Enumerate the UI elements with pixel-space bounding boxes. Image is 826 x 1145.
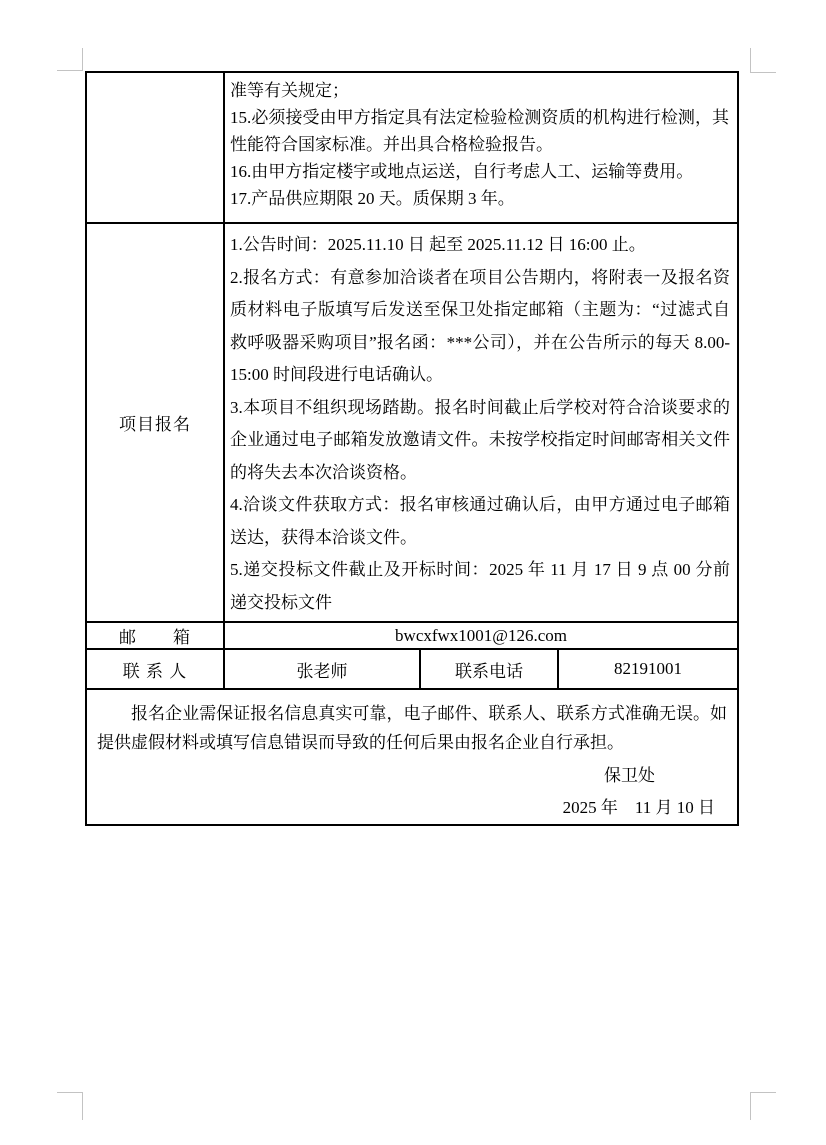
notice-cell: 报名企业需保证报名信息真实可靠，电子邮件、联系人、联系方式准确无误。如提供虚假材… (86, 689, 738, 825)
signup-paragraph: 5.递交投标文件截止及开标时间：2025 年 11 月 17 日 9 点 00 … (230, 554, 730, 619)
signer-text: 保卫处 (97, 760, 727, 792)
contact-person-name: 张老师 (224, 649, 420, 689)
table-row-contact: 联 系 人 张老师 联系电话 82191001 (86, 649, 738, 689)
document-page: 准等有关规定； 15.必须接受由甲方指定具有法定检验检测资质的机构进行检测，其性… (0, 0, 826, 1145)
email-value: bwcxfwx1001@126.com (224, 622, 738, 649)
contact-phone-number: 82191001 (558, 649, 738, 689)
table-row-requirements: 准等有关规定； 15.必须接受由甲方指定具有法定检验检测资质的机构进行检测，其性… (86, 72, 738, 223)
requirements-line: 16.由甲方指定楼宇或地点运送，自行考虑人工、运输等费用。 (230, 158, 729, 185)
requirements-line: 15.必须接受由甲方指定具有法定检验检测资质的机构进行检测，其性能符合国家标准。… (230, 104, 729, 158)
table-row-email: 邮 箱 bwcxfwx1001@126.com (86, 622, 738, 649)
requirements-line: 17.产品供应期限 20 天。质保期 3 年。 (230, 185, 729, 212)
table-row-signup: 项目报名 1.公告时间：2025.11.10 日 起至 2025.11.12 日… (86, 223, 738, 622)
notice-table: 准等有关规定； 15.必须接受由甲方指定具有法定检验检测资质的机构进行检测，其性… (85, 71, 739, 826)
requirements-label-cell (86, 72, 224, 223)
contact-person-label: 联 系 人 (86, 649, 224, 689)
email-label: 邮 箱 (86, 622, 224, 649)
requirements-content-cell: 准等有关规定； 15.必须接受由甲方指定具有法定检验检测资质的机构进行检测，其性… (224, 72, 738, 223)
signup-content-cell: 1.公告时间：2025.11.10 日 起至 2025.11.12 日 16:0… (224, 223, 738, 622)
signup-paragraph: 4.洽谈文件获取方式：报名审核通过确认后，由甲方通过电子邮箱送达，获得本洽谈文件… (230, 489, 730, 554)
requirements-line: 准等有关规定； (230, 77, 729, 104)
signup-paragraph: 3.本项目不组织现场踏勘。报名时间截止后学校对符合洽谈要求的企业通过电子邮箱发放… (230, 392, 730, 490)
table-row-notice: 报名企业需保证报名信息真实可靠，电子邮件、联系人、联系方式准确无误。如提供虚假材… (86, 689, 738, 825)
margin-mark-bottom-left-icon (57, 1092, 83, 1120)
margin-mark-bottom-right-icon (750, 1092, 776, 1120)
signup-label: 项目报名 (86, 223, 224, 622)
contact-phone-label: 联系电话 (420, 649, 558, 689)
margin-mark-top-left-icon (57, 48, 83, 71)
signup-paragraph: 2.报名方式：有意参加洽谈者在项目公告期内，将附表一及报名资质材料电子版填写后发… (230, 262, 730, 392)
notice-date: 2025 年 11 月 10 日 (97, 792, 727, 824)
signup-paragraph: 1.公告时间：2025.11.10 日 起至 2025.11.12 日 16:0… (230, 229, 730, 262)
notice-text: 报名企业需保证报名信息真实可靠，电子邮件、联系人、联系方式准确无误。如提供虚假材… (97, 699, 727, 757)
margin-mark-top-right-icon (750, 48, 776, 73)
